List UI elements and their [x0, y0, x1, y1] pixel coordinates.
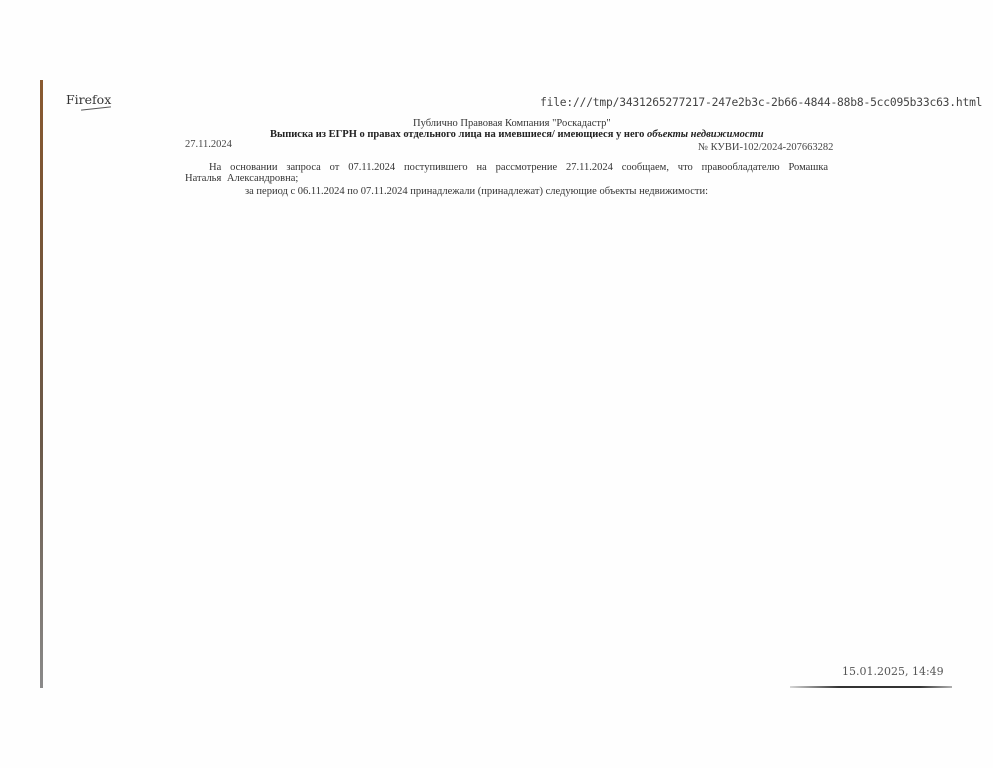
document-title-italic: объекты недвижимости	[647, 129, 764, 140]
period-statement: за период с 06.11.2024 по 07.11.2024 при…	[245, 186, 708, 197]
scan-page-edge	[40, 80, 43, 688]
organization-name: Публично Правовая Компания "Роскадастр"	[413, 118, 611, 129]
file-url-header: file:///tmp/3431265277217-247e2b3c-2b66-…	[540, 96, 982, 109]
print-datetime: 15.01.2025, 14:49	[842, 665, 944, 678]
document-title-main: Выписка из ЕГРН о правах отдельного лица…	[270, 129, 647, 140]
footer-rule	[790, 686, 952, 688]
request-paragraph: На основании запроса от 07.11.2024 посту…	[185, 162, 828, 184]
document-title: Выписка из ЕГРН о правах отдельного лица…	[270, 129, 764, 140]
handwritten-underline	[81, 106, 111, 110]
browser-name-label: Firefox	[66, 92, 111, 107]
document-number: № КУВИ-102/2024-207663282	[698, 142, 833, 153]
document-date: 27.11.2024	[185, 139, 232, 150]
